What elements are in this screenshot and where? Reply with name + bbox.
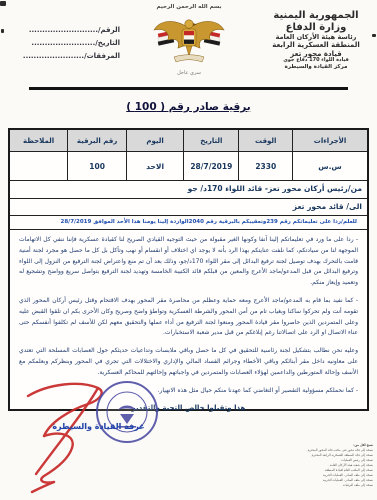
scan-artifact	[1, 29, 4, 33]
header-divider-rule	[29, 87, 348, 90]
col-header-note: الملاحظة	[10, 130, 67, 151]
body-paragraph: - كما نفيد بما قام به المدعو/ماجد الأعرج…	[19, 296, 358, 339]
cell-note	[10, 152, 67, 180]
col-header-procedures: الأجراءات	[292, 130, 367, 151]
scanned-telegram-document: { "page": { "bismillah": "بسم الله الرحم…	[0, 0, 377, 500]
national-emblem-block: بسم الله الرحمن الرحيم سري عاجل	[142, 4, 236, 76]
cell-time: 2330	[238, 152, 292, 180]
from-line: من/رئيس أركان محور تعز- قائد اللواء 170د…	[10, 181, 367, 199]
official-stamp-icon: الجمهورية اليمنية • قيادة اللواء 170 دفا…	[14, 378, 157, 442]
letterhead-authority-block: الجمهورية اليمنية وزارة الدفاع رئاسة هيئ…	[261, 10, 371, 70]
col-header-time: الوقت	[238, 130, 292, 151]
info-reference-line: للعلم/ردا على تعليماتكم رقم 239وتعقيبكم …	[10, 216, 367, 230]
signature-and-stamp-zone: الجمهورية اليمنية • قيادة اللواء 170 دفا…	[14, 378, 174, 496]
cell-telegram-no: 100	[67, 152, 126, 180]
scan-artifact	[0, 1, 6, 6]
authority-line: الجمهورية اليمنية	[261, 10, 371, 22]
body-paragraph: - ردا على ما ورد في تعليماتكم إلينا آنفا…	[19, 235, 358, 289]
classification-label: سري عاجل	[142, 70, 236, 76]
to-line: الى/ قائد محور تعز	[10, 199, 367, 216]
ref-attachments-field: المرفقات/.......................	[18, 50, 120, 63]
cc-list-item: نسخة إلى ملف البرقيات	[287, 483, 373, 488]
authority-line: وزارة الدفاع	[261, 22, 371, 34]
authority-line: مركز القيادة والسيطرة	[261, 64, 371, 70]
col-header-telegram-no: رقم البرقية	[67, 130, 126, 151]
authority-line: رئاسة هيئة الأركان العامة	[261, 34, 371, 42]
body-paragraph: وعليه نحن نطالب بتشكيل لجنة رئاسية للتحق…	[19, 346, 358, 378]
telegram-title: برقية صادر رقم ( 100 )	[0, 101, 377, 113]
yemen-eagle-emblem-icon	[144, 10, 234, 68]
telegram-frame: الأجراءات الوقت التاريخ اليوم رقم البرقي…	[8, 128, 369, 411]
reference-fields-block: الرقم/.......................... التاريخ…	[18, 24, 120, 63]
svg-text:الجمهورية اليمنية • قيادة اللو: الجمهورية اليمنية • قيادة اللواء 170 دفا…	[14, 378, 17, 380]
col-header-date: التاريخ	[183, 130, 238, 151]
cell-procedures: س.س	[292, 152, 367, 180]
cell-day: الاحد	[126, 152, 183, 180]
col-header-day: اليوم	[126, 130, 183, 151]
authority-line: المنطقة العسكرية الرابعة	[261, 41, 371, 49]
meta-table-data-row: س.س 2330 28/7/2019 الاحد 100	[10, 152, 367, 181]
meta-table-header-row: الأجراءات الوقت التاريخ اليوم رقم البرقي…	[10, 130, 367, 152]
scan-artifact	[372, 34, 376, 37]
command-room-label: غرفة القيادة والسيطرة	[26, 422, 171, 431]
cc-distribution-list: نسخ لكل من: نسخة إلى قائد محور تعز- مكتب…	[287, 443, 373, 488]
ref-number-field: الرقم/..........................	[18, 24, 120, 37]
cell-date: 28/7/2019	[183, 152, 238, 180]
handwritten-signature	[28, 384, 102, 492]
ref-date-field: التاريخ/........................	[18, 37, 120, 50]
